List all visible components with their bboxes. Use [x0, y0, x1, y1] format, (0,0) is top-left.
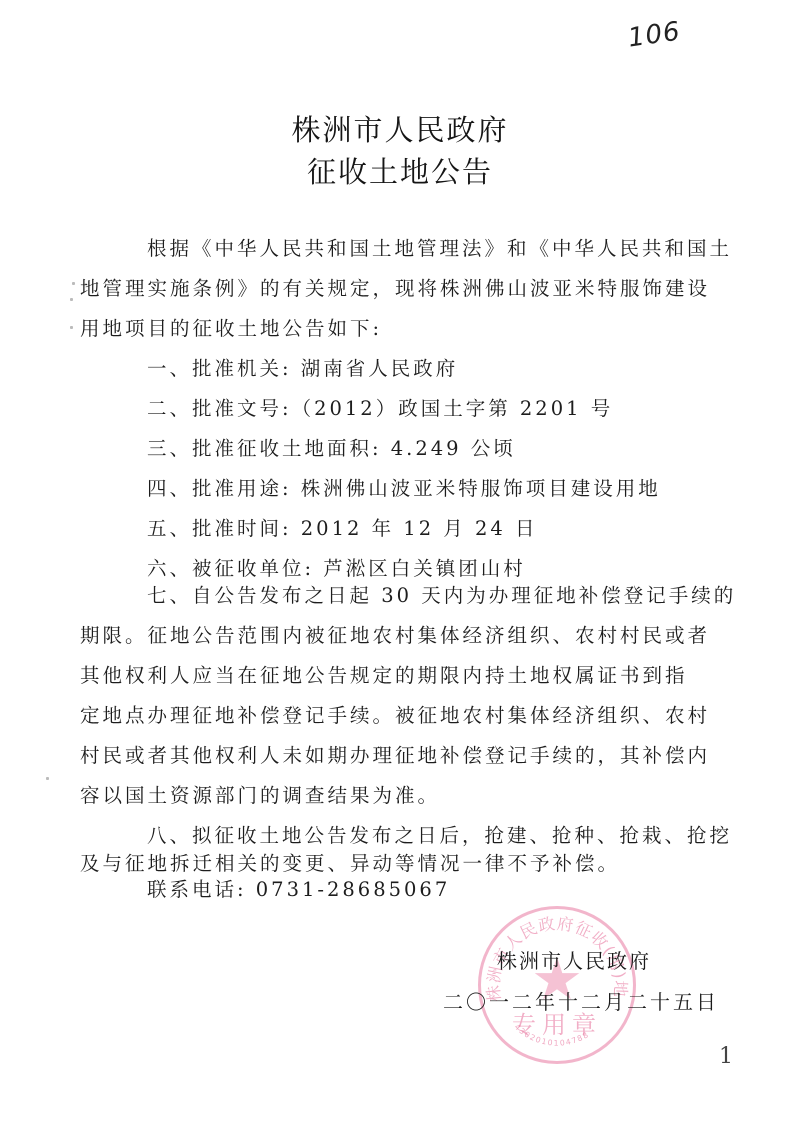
- page-number: 1: [719, 1044, 733, 1069]
- scan-artifact: [70, 326, 73, 329]
- approved-land-area-item: 三、批准征收土地面积: 4.249 公顷: [147, 433, 787, 461]
- document-title-line-1: 株洲市人民政府: [0, 108, 800, 149]
- document-title-line-2: 征收土地公告: [0, 150, 800, 191]
- paragraph-line: 八、拟征收土地公告发布之日后，抢建、抢种、抢栽、抢挖: [147, 820, 787, 848]
- official-seal: 株洲市人民政府征收(用)地专用章 4302010104788 ★ 专用章: [478, 906, 636, 1064]
- approved-land-use-item: 四、批准用途: 株洲佛山波亚米特服饰项目建设用地: [147, 473, 787, 501]
- signing-organization: 株洲市人民政府: [497, 945, 651, 974]
- paragraph-line: 村民或者其他权利人未如期办理征地补偿登记手续的，其补偿内: [80, 740, 720, 768]
- intro-line: 根据《中华人民共和国土地管理法》和《中华人民共和国土: [147, 233, 787, 261]
- approval-date-item: 五、批准时间: 2012 年 12 月 24 日: [147, 513, 787, 541]
- paragraph-line: 其他权利人应当在征地公告规定的期限内持土地权属证书到指: [80, 660, 720, 688]
- approval-authority-item: 一、批准机关: 湖南省人民政府: [147, 353, 787, 381]
- scan-artifact: [72, 282, 75, 285]
- signing-date: 二〇一二年十二月二十五日: [443, 986, 719, 1015]
- paragraph-line: 期限。征地公告范围内被征地农村集体经济组织、农村村民或者: [80, 620, 720, 648]
- paragraph-line: 定地点办理征地补偿登记手续。被征地农村集体经济组织、农村: [80, 700, 720, 728]
- expropriated-unit-item: 六、被征收单位: 芦淞区白关镇团山村: [147, 553, 787, 581]
- scan-artifact: [70, 298, 73, 301]
- contact-phone: 联系电话: 0731-28685067: [147, 874, 787, 902]
- paragraph-line: 容以国土资源部门的调查结果为准。: [80, 780, 720, 808]
- scan-artifact: [46, 777, 49, 780]
- paragraph-line: 七、自公告发布之日起 30 天内为办理征地补偿登记手续的: [147, 580, 787, 608]
- approval-document-number-item: 二、批准文号:（2012）政国土字第 2201 号: [147, 393, 787, 421]
- paragraph-line: 及与征地拆迁相关的变更、异动等情况一律不予补偿。: [80, 848, 720, 876]
- handwritten-page-number: 106: [626, 16, 682, 53]
- intro-line: 用地项目的征收土地公告如下:: [80, 313, 720, 341]
- intro-line: 地管理实施条例》的有关规定，现将株洲佛山波亚米特服饰建设: [80, 273, 720, 301]
